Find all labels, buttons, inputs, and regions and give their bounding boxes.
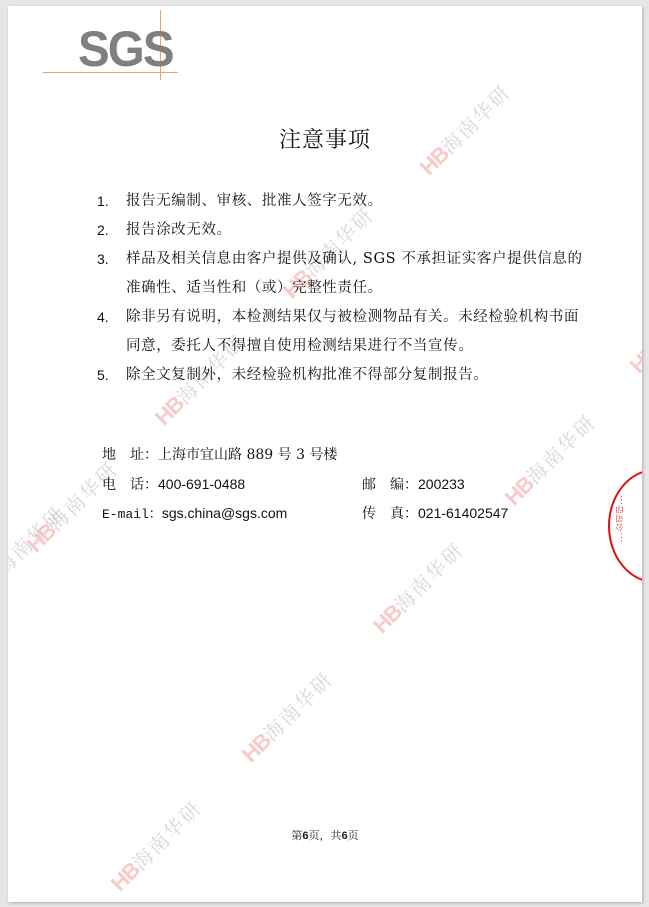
page-suffix: 页	[348, 829, 359, 842]
document-page: HB海南华研 HB海南华研 HB海南华研 HB海南华研 HB海南华研 HB海南华…	[8, 6, 642, 902]
email-value[interactable]: sgs.china@sgs.com	[162, 505, 287, 521]
watermark-logo-icon: HB	[625, 339, 642, 378]
page-prefix: 第	[291, 829, 302, 842]
email-label: E-mail：	[102, 507, 162, 522]
page-number: 第6页，共6页	[8, 827, 642, 843]
watermark: HB海南华研	[235, 664, 339, 768]
phone-value: 400-691-0488	[158, 476, 245, 492]
item-text: 样品及相关信息由客户提供及确认, SGS 不承担证实客户提供信息的	[126, 249, 583, 269]
postcode-label: 邮 编：	[362, 477, 418, 493]
address-value: 上海市宜山路 889 号 3 号楼	[158, 447, 337, 463]
item-number: 1.	[97, 191, 109, 211]
item-text: 报告涂改无效。	[126, 220, 232, 240]
fax-value: 021-61402547	[418, 505, 508, 521]
address-label: 地 址：	[102, 447, 158, 463]
watermark-text: 海南华研	[8, 501, 70, 580]
watermark: HB海南华研	[623, 275, 642, 379]
item-number: 3.	[97, 249, 109, 269]
watermark-text: 海南华研	[259, 667, 338, 746]
watermark-logo-icon: HB	[368, 599, 407, 638]
watermark-logo-icon: HB	[106, 857, 145, 896]
page-title: 注意事项	[8, 123, 642, 154]
page-mid: 页，共	[309, 829, 342, 842]
watermark-text: 海南华研	[300, 203, 379, 282]
item-text: 除全文复制外，未经检验机构批准不得部分复制报告。	[126, 365, 488, 385]
postcode-row: 邮 编：200233	[362, 474, 465, 494]
postcode-value: 200233	[418, 476, 465, 492]
item-number: 2.	[97, 220, 109, 240]
fax-row: 传 真：021-61402547	[362, 503, 508, 523]
phone-row: 电 话：400-691-0488	[102, 474, 245, 494]
watermark: 海南华研	[8, 498, 70, 581]
item-number: 5.	[97, 365, 109, 385]
watermark: HB海南华研	[104, 793, 208, 897]
watermark: HB海南华研	[498, 407, 602, 511]
item-text: 同意，委托人不得擅自使用检测结果进行不当宣传。	[126, 336, 473, 356]
item-number: 4.	[97, 307, 109, 327]
watermark-logo-icon: HB	[22, 518, 61, 557]
watermark-text: 海南华研	[390, 538, 469, 617]
phone-label: 电 话：	[102, 477, 158, 493]
watermark: HB海南华研	[366, 535, 470, 639]
email-row: E-mail：sgs.china@sgs.com	[102, 503, 287, 523]
address-row: 地 址：上海市宜山路 889 号 3 号楼	[102, 445, 337, 465]
watermark-logo-icon: HB	[237, 728, 276, 767]
item-text: 报告无编制、审核、批准人签字无效。	[126, 191, 383, 211]
fax-label: 传 真：	[362, 506, 418, 522]
item-text: 准确性、适当性和（或）完整性责任。	[126, 278, 383, 298]
stamp-text: ...公司印...	[614, 494, 625, 542]
watermark-text: 海南华研	[522, 410, 601, 489]
watermark-text: 海南华研	[44, 457, 123, 536]
sgs-logo: SGS	[78, 24, 173, 74]
item-text: 除非另有说明，本检测结果仅与被检测物品有关。未经检验机构书面	[126, 307, 579, 327]
watermark-logo-icon: HB	[150, 391, 189, 430]
